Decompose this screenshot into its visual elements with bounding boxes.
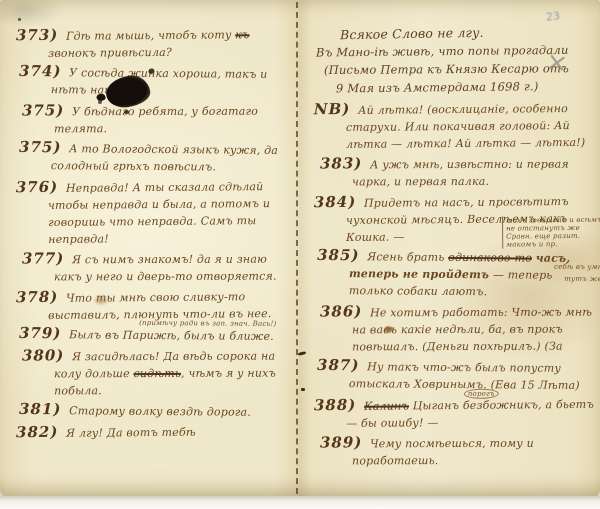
entry-379: 379) Былъ въ Парижѣ, былъ и ближе. (прим… [19,325,298,345]
entry-number: 381) [19,400,66,418]
entry-number: NB) [314,100,355,118]
ink-speck [18,18,21,21]
entry-number: 377) [22,249,68,267]
entry-text: Что ты мнѣ свою сливку-то выставилъ, плю… [48,290,272,322]
struck-word: сидѣть [133,367,181,380]
entry-text: Я съ нимъ знакомъ! да я и знаю какъ у не… [54,253,277,284]
entry-number: 384) [314,193,361,211]
entry-375: 375) У бѣднаго ребята, у богатаго телята… [22,102,298,138]
entry-number: 389) [320,433,366,451]
left-page: 373) Гдѣ та мышь, чтобъ коту къ звонокъ … [6,0,302,444]
entry-385: 385) Ясень брать одинаково-то часъ, тепе… [317,247,600,301]
entry-number: 375) [19,138,66,156]
entry-377: 377) Я съ нимъ знакомъ! да я и знаю какъ… [22,250,298,286]
entry-text: Неправда! А ты сказала сдѣлай чтобы непр… [48,180,270,246]
paper-stain [94,296,108,305]
pencil-page-number: 23 [545,9,560,23]
ink-splatter-dot [124,110,129,114]
entry-number: 378) [16,288,63,306]
entry-number: 373) [16,26,63,44]
entry-number: 382) [16,423,63,441]
entry-381: 381) Старому волку вездѣ дорога. [19,401,298,421]
manuscript-spread: 373) Гдѣ та мышь, чтобъ коту къ звонокъ … [0,0,600,496]
entry-376: 376) Неправда! А ты сказала сдѣлай чтобы… [16,177,299,248]
page-fold-dashed-line [296,2,298,494]
ink-speck [301,388,305,391]
entry-386: 386) Не хотимъ работать: Что-жъ мнѣ на в… [320,303,600,356]
entry-text: Ай лѣтка! (восклицаніе, особенно старухи… [346,102,585,151]
entry-374: 374) У сосѣда жинка хороша, такъ и нѣтъ … [19,63,298,100]
entry-number: 380) [22,346,68,364]
entry-text: У сосѣда жинка хороша, такъ и нѣтъ нашей… [51,66,268,96]
entry-383: 383) А ужъ мнѣ, извѣстно: и первая чарка… [320,155,600,191]
entry-380: 380) Я засидѣлась! Да вѣдь сорока на кол… [22,347,298,400]
entry-388: 388) Калинъ Цыганъ безбожникъ, а бьетъ —… [314,395,600,432]
ink-splatter-dot [98,100,102,104]
entry-text: А то Вологодской языкъ кужя, да солодный… [51,142,278,173]
entry-number: 387) [317,356,364,374]
entry-number: 376) [16,178,63,196]
entry-number: 388) [314,396,361,414]
entry-number: 379) [19,324,66,342]
entry-number: 383) [320,154,366,172]
interlinear-note: (примѣчу ради въ зап. знач. Вась!) [139,319,276,328]
margin-note-line: Сравн. еще разит. макомъ и пр. [506,232,600,249]
entry-number: 374) [19,62,66,80]
paper-stain [384,326,393,333]
entry-text: звонокъ привѣсила? [48,46,172,60]
entry-text: Ну такъ что-жъ былъ попусту отыскалъ Хов… [349,360,580,392]
entry-text: Я лгу! Да вотъ тебѣ [66,426,196,440]
entry-373: 373) Гдѣ та мышь, чтобъ коту къ звонокъ … [16,25,298,62]
entry-text: Ясень брать [367,250,448,264]
right-page-citation-line: 9 Мая изъ Амстердама 1698 г.) [336,77,600,98]
entry-number: 386) [320,302,366,320]
entry-375-bis: 375) А то Вологодской языкъ кужя, да сол… [19,139,298,176]
entry-text: Былъ въ Парижѣ, былъ и ближе. [69,328,274,343]
margin-note: такъ говоритъ и всѣмъ не отстанутъ же Ср… [502,216,600,249]
entry-text: Чему посмѣешься, тому и поработаешь. [352,437,534,468]
struck-word: одинаково-то [448,251,532,265]
margin-note: себѣ въ умѣ [554,263,600,271]
entry-387: 387) Ну такъ что-жъ былъ попусту отыскал… [317,357,600,394]
entry-nb: NB) Ай лѣтка! (восклицаніе, особенно ста… [314,99,600,153]
entry-384: 384) Придетъ на насъ, и просвѣтитъ чухон… [314,192,600,246]
entry-text: Старому волку вездѣ дорога. [69,404,251,418]
pencil-x-mark: × [544,47,570,80]
margin-note: тутъ же [564,275,600,283]
entry-389: 389) Чему посмѣешься, тому и поработаешь… [320,434,600,470]
entry-number: 375) [22,101,68,119]
inserted-word: порогъ [464,389,499,399]
struck-word: Калинъ [364,399,409,412]
entry-text: У бѣднаго ребята, у богатаго телята. [54,105,258,136]
entry-number: 385) [317,246,364,264]
entry-text: А ужъ мнѣ, извѣстно: и первая чарка, и п… [352,158,569,189]
scan-backing-edge [0,496,600,509]
ink-speck [298,351,306,356]
entry-382: 382) Я лгу! Да вотъ тебѣ [16,422,298,442]
struck-word: къ [235,28,249,41]
entry-text: Гдѣ та мышь, чтобъ коту [66,28,235,42]
